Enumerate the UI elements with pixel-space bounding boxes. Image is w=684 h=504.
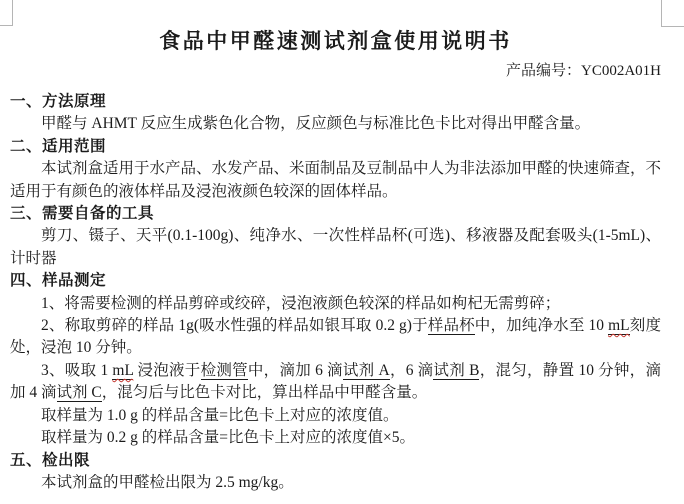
body-paragraph: 本试剂盒的甲醛检出限为 2.5 mg/kg。 — [10, 472, 661, 494]
underlined-term: mL — [112, 362, 133, 380]
product-code: 产品编号：YC002A01H — [10, 59, 661, 83]
underlined-term: 样品杯 — [428, 317, 475, 335]
document-body: 一、方法原理甲醛与 AHMT 反应生成紫色化合物，反应颜色与标准比色卡比对得出甲… — [10, 91, 661, 494]
body-paragraph: 甲醛与 AHMT 反应生成紫色化合物，反应颜色与标准比色卡比对得出甲醛含量。 — [10, 113, 661, 135]
text-run: 五、检出限 — [10, 452, 90, 469]
text-run: 中，滴加 6 滴 — [248, 362, 343, 379]
text-boundary-mark-top-left — [0, 0, 13, 26]
text-run: 一、方法原理 — [10, 93, 106, 110]
text-run: 甲醛与 AHMT 反应生成紫色化合物，反应颜色与标准比色卡比对得出甲醛含量。 — [41, 115, 590, 132]
section-heading: 五、检出限 — [10, 450, 661, 472]
underlined-term: 试剂 B — [433, 362, 479, 380]
text-boundary-mark-top-right — [661, 0, 684, 27]
body-paragraph: 本试剂盒适用于水产品、水发产品、米面制品及豆制品中人为非法添加甲醛的快速筛查，不… — [10, 158, 661, 203]
text-run: 浸泡液于 — [133, 362, 200, 379]
text-run: 中，加纯净水至 10 — [475, 317, 608, 334]
word-document-page: 食品中甲醛速测试剂盒使用说明书 产品编号：YC002A01H 一、方法原理甲醛与… — [0, 0, 684, 504]
text-run: 剪刀、镊子、天平(0.1-100g)、纯净水、一次性样品杯(可选)、移液器及配套… — [10, 227, 661, 266]
section-heading: 四、样品测定 — [10, 270, 661, 292]
text-run: 本试剂盒的甲醛检出限为 2.5 mg/kg。 — [41, 474, 294, 491]
underlined-term: mL — [608, 317, 630, 335]
section-heading: 二、适用范围 — [10, 136, 661, 158]
underlined-term: 试剂 C — [57, 384, 102, 402]
text-run: 3、吸取 1 — [41, 362, 112, 379]
body-paragraph: 取样量为 0.2 g 的样品含量=比色卡上对应的浓度值×5。 — [10, 427, 661, 449]
text-run: ，混匀后与比色卡对比，算出样品中甲醛含量。 — [102, 384, 428, 401]
section-heading: 一、方法原理 — [10, 91, 661, 113]
section-heading: 三、需要自备的工具 — [10, 203, 661, 225]
text-run: 2、称取剪碎的样品 1g(吸水性强的样品如银耳取 0.2 g)于 — [41, 317, 428, 334]
text-run: 二、适用范围 — [10, 138, 106, 155]
text-run: ，6 滴 — [390, 362, 434, 379]
underlined-term: 试剂 A — [343, 362, 390, 380]
text-run: 本试剂盒适用于水产品、水发产品、米面制品及豆制品中人为非法添加甲醛的快速筛查，不… — [10, 160, 661, 199]
text-run: 三、需要自备的工具 — [10, 205, 154, 222]
body-paragraph: 剪刀、镊子、天平(0.1-100g)、纯净水、一次性样品杯(可选)、移液器及配套… — [10, 225, 661, 270]
underlined-term: 检测管 — [201, 362, 248, 380]
text-run: 四、样品测定 — [10, 272, 106, 289]
body-paragraph: 1、将需要检测的样品剪碎或绞碎，浸泡液颜色较深的样品如枸杞无需剪碎； — [10, 293, 661, 315]
body-paragraph: 取样量为 1.0 g 的样品含量=比色卡上对应的浓度值。 — [10, 405, 661, 427]
document-title: 食品中甲醛速测试剂盒使用说明书 — [10, 26, 661, 57]
body-paragraph: 2、称取剪碎的样品 1g(吸水性强的样品如银耳取 0.2 g)于样品杯中，加纯净… — [10, 315, 661, 360]
text-run: 取样量为 0.2 g 的样品含量=比色卡上对应的浓度值×5。 — [41, 429, 415, 446]
text-run: 1、将需要检测的样品剪碎或绞碎，浸泡液颜色较深的样品如枸杞无需剪碎； — [41, 295, 560, 312]
body-paragraph: 3、吸取 1 mL 浸泡液于检测管中，滴加 6 滴试剂 A，6 滴试剂 B，混匀… — [10, 360, 661, 405]
text-run: 取样量为 1.0 g 的样品含量=比色卡上对应的浓度值。 — [41, 407, 399, 424]
